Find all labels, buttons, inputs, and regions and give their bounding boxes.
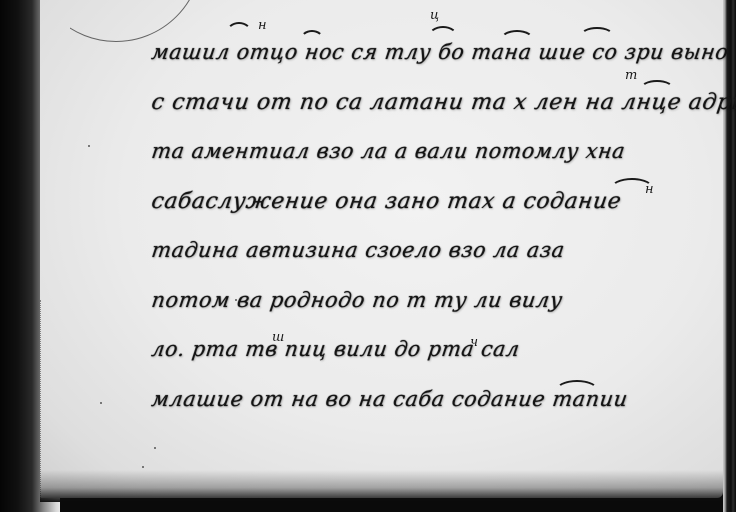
titlo-flourish: [300, 30, 324, 50]
titlo-flourish: [555, 380, 599, 402]
superscript-letter: т: [625, 68, 637, 83]
superscript-letter: ш: [272, 330, 284, 345]
right-frame-edge: [723, 0, 736, 512]
line-text: ло. рта тв пиц вили до рта сал: [150, 337, 521, 361]
manuscript-line-2: с стачи от по са латани та х лен на лнце…: [147, 90, 694, 140]
manuscript-line-1: машил отцо нос ся тлу бо тана шие со зри…: [147, 40, 683, 90]
line-text: потом ва роднодо по т ту ли вилу: [150, 288, 564, 312]
titlo-flourish: [500, 30, 534, 50]
titlo-flourish: [428, 26, 458, 48]
manuscript-line-6: потом ва роднодо по т ту ли вилу: [147, 288, 688, 338]
scanned-page: машил отцо нос ся тлу бо тана шие со зри…: [0, 0, 736, 512]
manuscript-text: машил отцо нос ся тлу бо тана шие со зри…: [150, 40, 690, 436]
superscript-letter: ч: [470, 335, 478, 350]
stamp-arc-mark: [30, 0, 202, 42]
titlo-flourish: [610, 178, 654, 200]
manuscript-line-3: та аментиал взо ла а вали потомлу хна: [147, 139, 683, 189]
line-text: тадина автизина сзоело взо ла аза: [150, 238, 566, 262]
superscript-letter: ц: [430, 8, 439, 23]
titlo-flourish: [226, 22, 252, 44]
manuscript-line-7: ло. рта тв пиц вили до рта сал: [147, 337, 678, 387]
titlo-flourish: [580, 27, 614, 45]
superscript-letter: н: [258, 18, 267, 33]
manuscript-line-5: тадина автизина сзоело взо ла аза: [147, 238, 683, 288]
titlo-flourish: [640, 80, 674, 98]
line-text: та аментиал взо ла а вали потомлу хна: [150, 139, 627, 163]
line-text: сабаслужение она зано тах а содание: [150, 189, 623, 214]
bottom-shadow: [40, 470, 723, 502]
manuscript-line-8: млашие от на во на саба содание тапии: [147, 387, 688, 437]
manuscript-line-4: сабаслужение она зано тах а содание: [147, 189, 688, 239]
